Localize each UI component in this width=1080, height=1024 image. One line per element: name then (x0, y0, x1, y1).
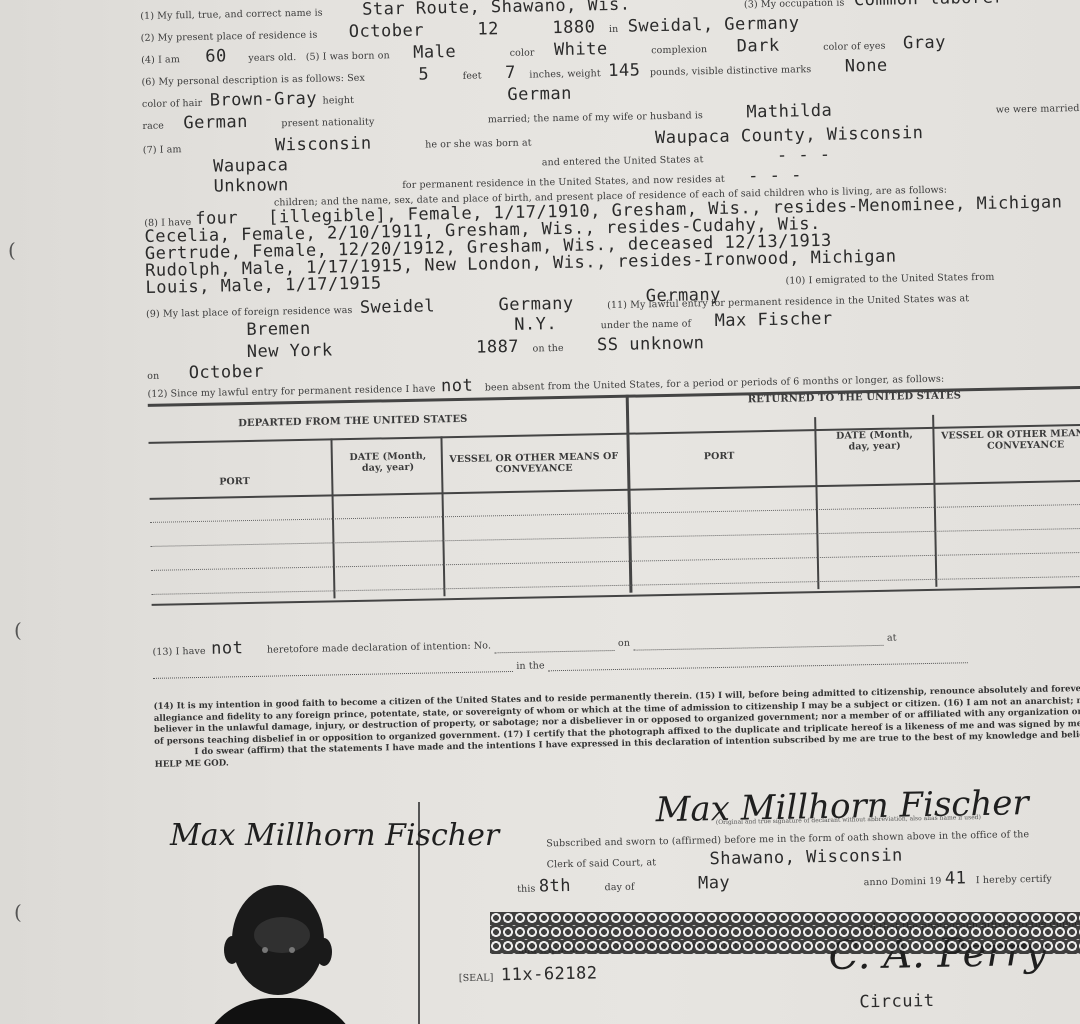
seal-label: [SEAL] (459, 972, 494, 984)
entered-date-value: Unknown (213, 175, 289, 196)
col-divider-main (626, 395, 633, 593)
age-suffix: years old. (248, 52, 296, 64)
absence-value: not (441, 376, 474, 397)
married-on-label: we were married (996, 103, 1080, 116)
nationality-value: German (507, 84, 572, 105)
feet-label: feet (463, 70, 482, 81)
entered-dash: - - - (777, 145, 831, 166)
emigrated-value-row: Germany (646, 285, 722, 306)
last-residence-country: Germany (498, 294, 574, 315)
marks-value: None (845, 56, 888, 77)
seal-number-value: 11x-62182 (501, 963, 598, 985)
complexion-label: complexion (651, 44, 707, 56)
in-the-label: in the (516, 660, 545, 672)
declaration-label: heretofore made declaration of intention… (267, 640, 491, 655)
court-line (153, 657, 513, 679)
table-row (151, 575, 1080, 594)
hair-value: Brown-Gray (210, 89, 318, 111)
spouse-label: married; the name of my wife or husband … (488, 110, 703, 125)
oath-text: (14) It is my intention in good faith to… (153, 683, 1080, 770)
race-label: race (142, 121, 164, 132)
month-value: May (698, 873, 731, 894)
col-header-date: DATE (Month, day, year) (824, 429, 924, 453)
hair-label: color of hair (142, 98, 202, 110)
born-label: (5) I was born on (306, 50, 390, 63)
this-label: this (517, 884, 535, 895)
col-header-port: PORT (219, 476, 250, 488)
entry-year-value: 1887 (476, 337, 519, 358)
birth-place-value: Sweidal, Germany (628, 13, 800, 36)
emigrated-label: (10) I emigrated to the United States fr… (785, 272, 994, 287)
entry-port-value: Bremen (246, 319, 311, 340)
margin-mark: ( (8, 238, 16, 262)
occupation-value: Common laborer (854, 0, 1005, 10)
col-divider (932, 415, 937, 587)
entered-label: and entered the United States at (542, 154, 704, 168)
declaration-at-label: at (887, 633, 897, 644)
declarant-photo (200, 880, 350, 1024)
birth-day-value: 12 (477, 19, 499, 39)
spouse-state-value: Wisconsin (275, 134, 372, 156)
table-bottom-border (152, 585, 1080, 605)
height-feet-value: 5 (418, 64, 429, 84)
weight-value: 145 (608, 60, 641, 81)
spouse-birthplace-value: Waupaca County, Wisconsin (655, 123, 924, 148)
entry-name-value: Max Fischer (714, 309, 832, 331)
year-value: 41 (945, 868, 967, 888)
last-residence-value: Sweidel (360, 296, 436, 317)
spouse-at-value: Waupaca (213, 155, 289, 176)
margin-mark: ( (14, 618, 22, 642)
description-label: (6) My personal description is as follow… (141, 73, 365, 88)
margin-mark: ( (14, 900, 22, 924)
court-value: Circuit (859, 991, 935, 1012)
declaration-value: not (211, 638, 244, 659)
clerk-label: Clerk of said Court, at (547, 857, 657, 870)
table-row (151, 551, 1080, 570)
vessel-value: SS unknown (597, 333, 705, 355)
col-divider (814, 417, 819, 589)
height-label: height (323, 95, 355, 107)
table-row (150, 503, 1080, 522)
emigrated-from-value: Germany (646, 285, 722, 306)
col-header-vessel: VESSEL OR OTHER MEANS OF CONVEYANCE (940, 427, 1080, 452)
spouse-born-label: he or she was born at (425, 138, 532, 151)
document-photo: ( ( ( (1) My full, true, and correct nam… (0, 0, 1080, 1024)
on-the-label: on the (533, 343, 564, 355)
anno-label: anno Domini 19 (864, 876, 942, 888)
seal-row: [SEAL] 11x-62182 (459, 963, 598, 986)
color-value: White (554, 39, 608, 60)
age-value: 60 (205, 46, 227, 66)
race-value: German (183, 112, 248, 133)
complexion-value: Dark (736, 36, 779, 57)
height-inches-value: 7 (505, 63, 516, 83)
entry-state-value: N.Y. (514, 314, 557, 335)
day-value: 8th (539, 876, 572, 897)
col-header-port: PORT (704, 451, 735, 463)
emigrated-row: (10) I emigrated to the United States fr… (785, 270, 994, 287)
residence-label: (2) My present place of residence is (141, 30, 318, 44)
declaration-date-line (633, 631, 883, 651)
occupation-label: (3) My occupation is (744, 0, 845, 10)
spouse-value: Mathilda (746, 101, 832, 123)
col-header-date: DATE (Month, day, year) (345, 451, 431, 475)
weight-label: inches, weight (529, 68, 601, 80)
eyes-value: Gray (903, 33, 946, 54)
certify-label: I hereby certify (976, 874, 1052, 886)
declaration-label-pre: (13) I have (152, 646, 205, 658)
resides-dash: - - - (748, 165, 802, 186)
table-row (150, 527, 1080, 546)
nationality-label: present nationality (281, 117, 374, 130)
entry-on-label: on (147, 371, 159, 382)
absence-label: (12) Since my lawful entry for permanent… (147, 383, 435, 400)
court-name-line (548, 648, 968, 671)
full-name-label: (1) My full, true, and correct name is (140, 7, 323, 22)
sex-value: Male (413, 42, 456, 63)
birth-in-label: in (609, 24, 619, 35)
entry-city-value: New York (247, 340, 333, 362)
birth-month-value: October (349, 21, 425, 42)
color-label: color (510, 47, 535, 58)
under-name-label: under the name of (601, 318, 692, 331)
photo-signature: Max Millhorn Fischer (170, 818, 499, 853)
court-row: Circuit (859, 991, 935, 1012)
clerk-row: Clerk of said Court, at Shawano, Wiscons… (546, 846, 903, 873)
marks-label: pounds, visible distinctive marks (650, 64, 812, 78)
day-of-label: day of (604, 882, 634, 894)
birth-year-value: 1880 (552, 17, 595, 38)
naturalization-form: (1) My full, true, and correct name is S… (140, 0, 1080, 1024)
eyes-label: color of eyes (823, 41, 886, 53)
married-label: (7) I am (143, 144, 182, 156)
sworn-text: Subscribed and sworn to (affirmed) befor… (546, 829, 1029, 849)
departed-header: DEPARTED FROM THE UNITED STATES (238, 414, 468, 429)
age-label: (4) I am (141, 54, 180, 66)
declaration-on-label: on (618, 638, 630, 649)
table-body-top (150, 479, 1080, 499)
col-header-vessel: VESSEL OR OTHER MEANS OF CONVEYANCE (449, 451, 619, 476)
clerk-location-value: Shawano, Wisconsin (709, 846, 903, 870)
declaration-number-line (494, 636, 614, 653)
redacted-hatch-pattern (490, 912, 1080, 954)
